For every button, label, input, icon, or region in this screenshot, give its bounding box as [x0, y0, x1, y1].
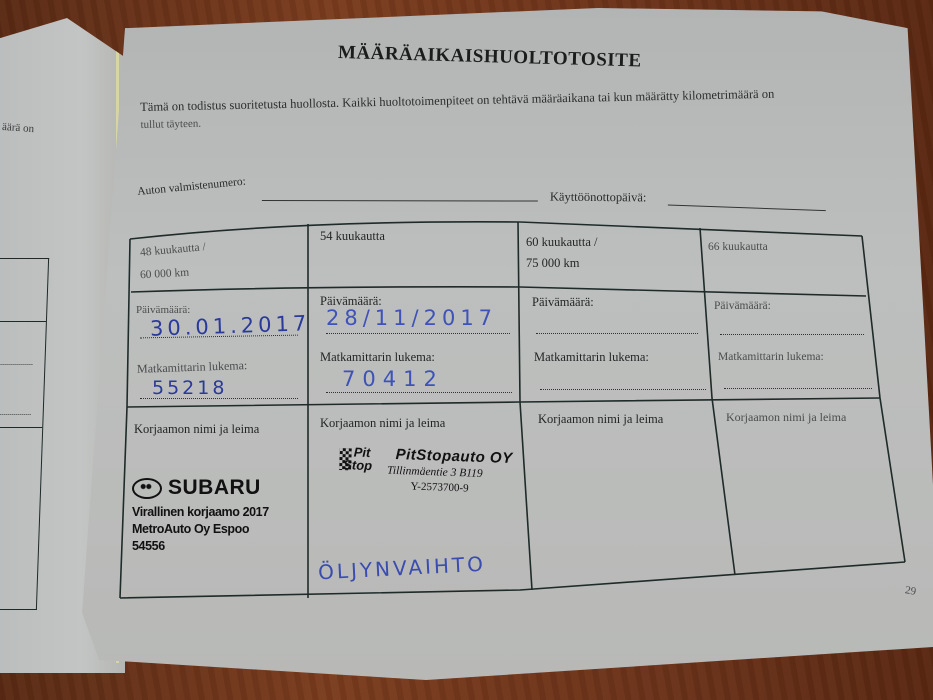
workshop-label: Korjaamon nimi ja leima — [538, 412, 663, 427]
interval-label: 66 kuukautta — [708, 241, 768, 253]
workshop-label: Korjaamon nimi ja leima — [134, 422, 259, 437]
page-content: MÄÄRÄAIKAISHUOLTOTOSITE Tämä on todistus… — [0, 0, 933, 700]
interval-km-label: 60 000 km — [140, 267, 190, 282]
odometer-value-handwritten[interactable]: 55218 — [152, 377, 227, 399]
date-dotted-line — [326, 333, 510, 334]
stamp-line-2: MetroAuto Oy Espoo — [132, 521, 269, 538]
odometer-field[interactable] — [724, 388, 872, 389]
page-number: 29 — [904, 584, 917, 598]
stamp-line-1: Virallinen korjaamo 2017 — [132, 504, 269, 521]
interval-label: 54 kuukautta — [320, 229, 385, 244]
date-field[interactable] — [720, 334, 864, 335]
date-label: Päivämäärä: — [136, 304, 190, 316]
service-table-grid — [0, 0, 933, 700]
workshop-label: Korjaamon nimi ja leima — [320, 416, 445, 431]
stamp-brand: SUBARU — [168, 476, 261, 500]
interval-label: 60 kuukautta / — [526, 235, 598, 250]
odometer-dotted-line — [326, 392, 512, 393]
odometer-field[interactable] — [540, 389, 706, 390]
odometer-dotted-line — [140, 398, 298, 399]
stamp-line-3: 54556 — [132, 538, 269, 555]
subaru-workshop-stamp: SUBARU Virallinen korjaamo 2017 MetroAut… — [132, 476, 269, 555]
stamp-business-id: Y-2573700-9 — [410, 480, 468, 494]
odometer-label: Matkamittarin lukema: — [718, 351, 824, 363]
interval-km-label: 75 000 km — [526, 256, 579, 271]
odometer-label: Matkamittarin lukema: — [320, 350, 435, 365]
odometer-label: Matkamittarin lukema: — [534, 350, 649, 365]
odometer-value-handwritten[interactable]: 70412 — [342, 367, 444, 391]
date-value-handwritten[interactable]: 28/11/2017 — [326, 306, 497, 330]
pitstop-logo-icon: Pit Stop — [339, 446, 388, 476]
subaru-logo-icon — [132, 478, 162, 499]
date-label: Päivämäärä: — [714, 300, 771, 312]
date-label: Päivämäärä: — [532, 295, 594, 310]
workshop-label: Korjaamon nimi ja leima — [726, 410, 846, 425]
date-field[interactable] — [536, 333, 698, 334]
